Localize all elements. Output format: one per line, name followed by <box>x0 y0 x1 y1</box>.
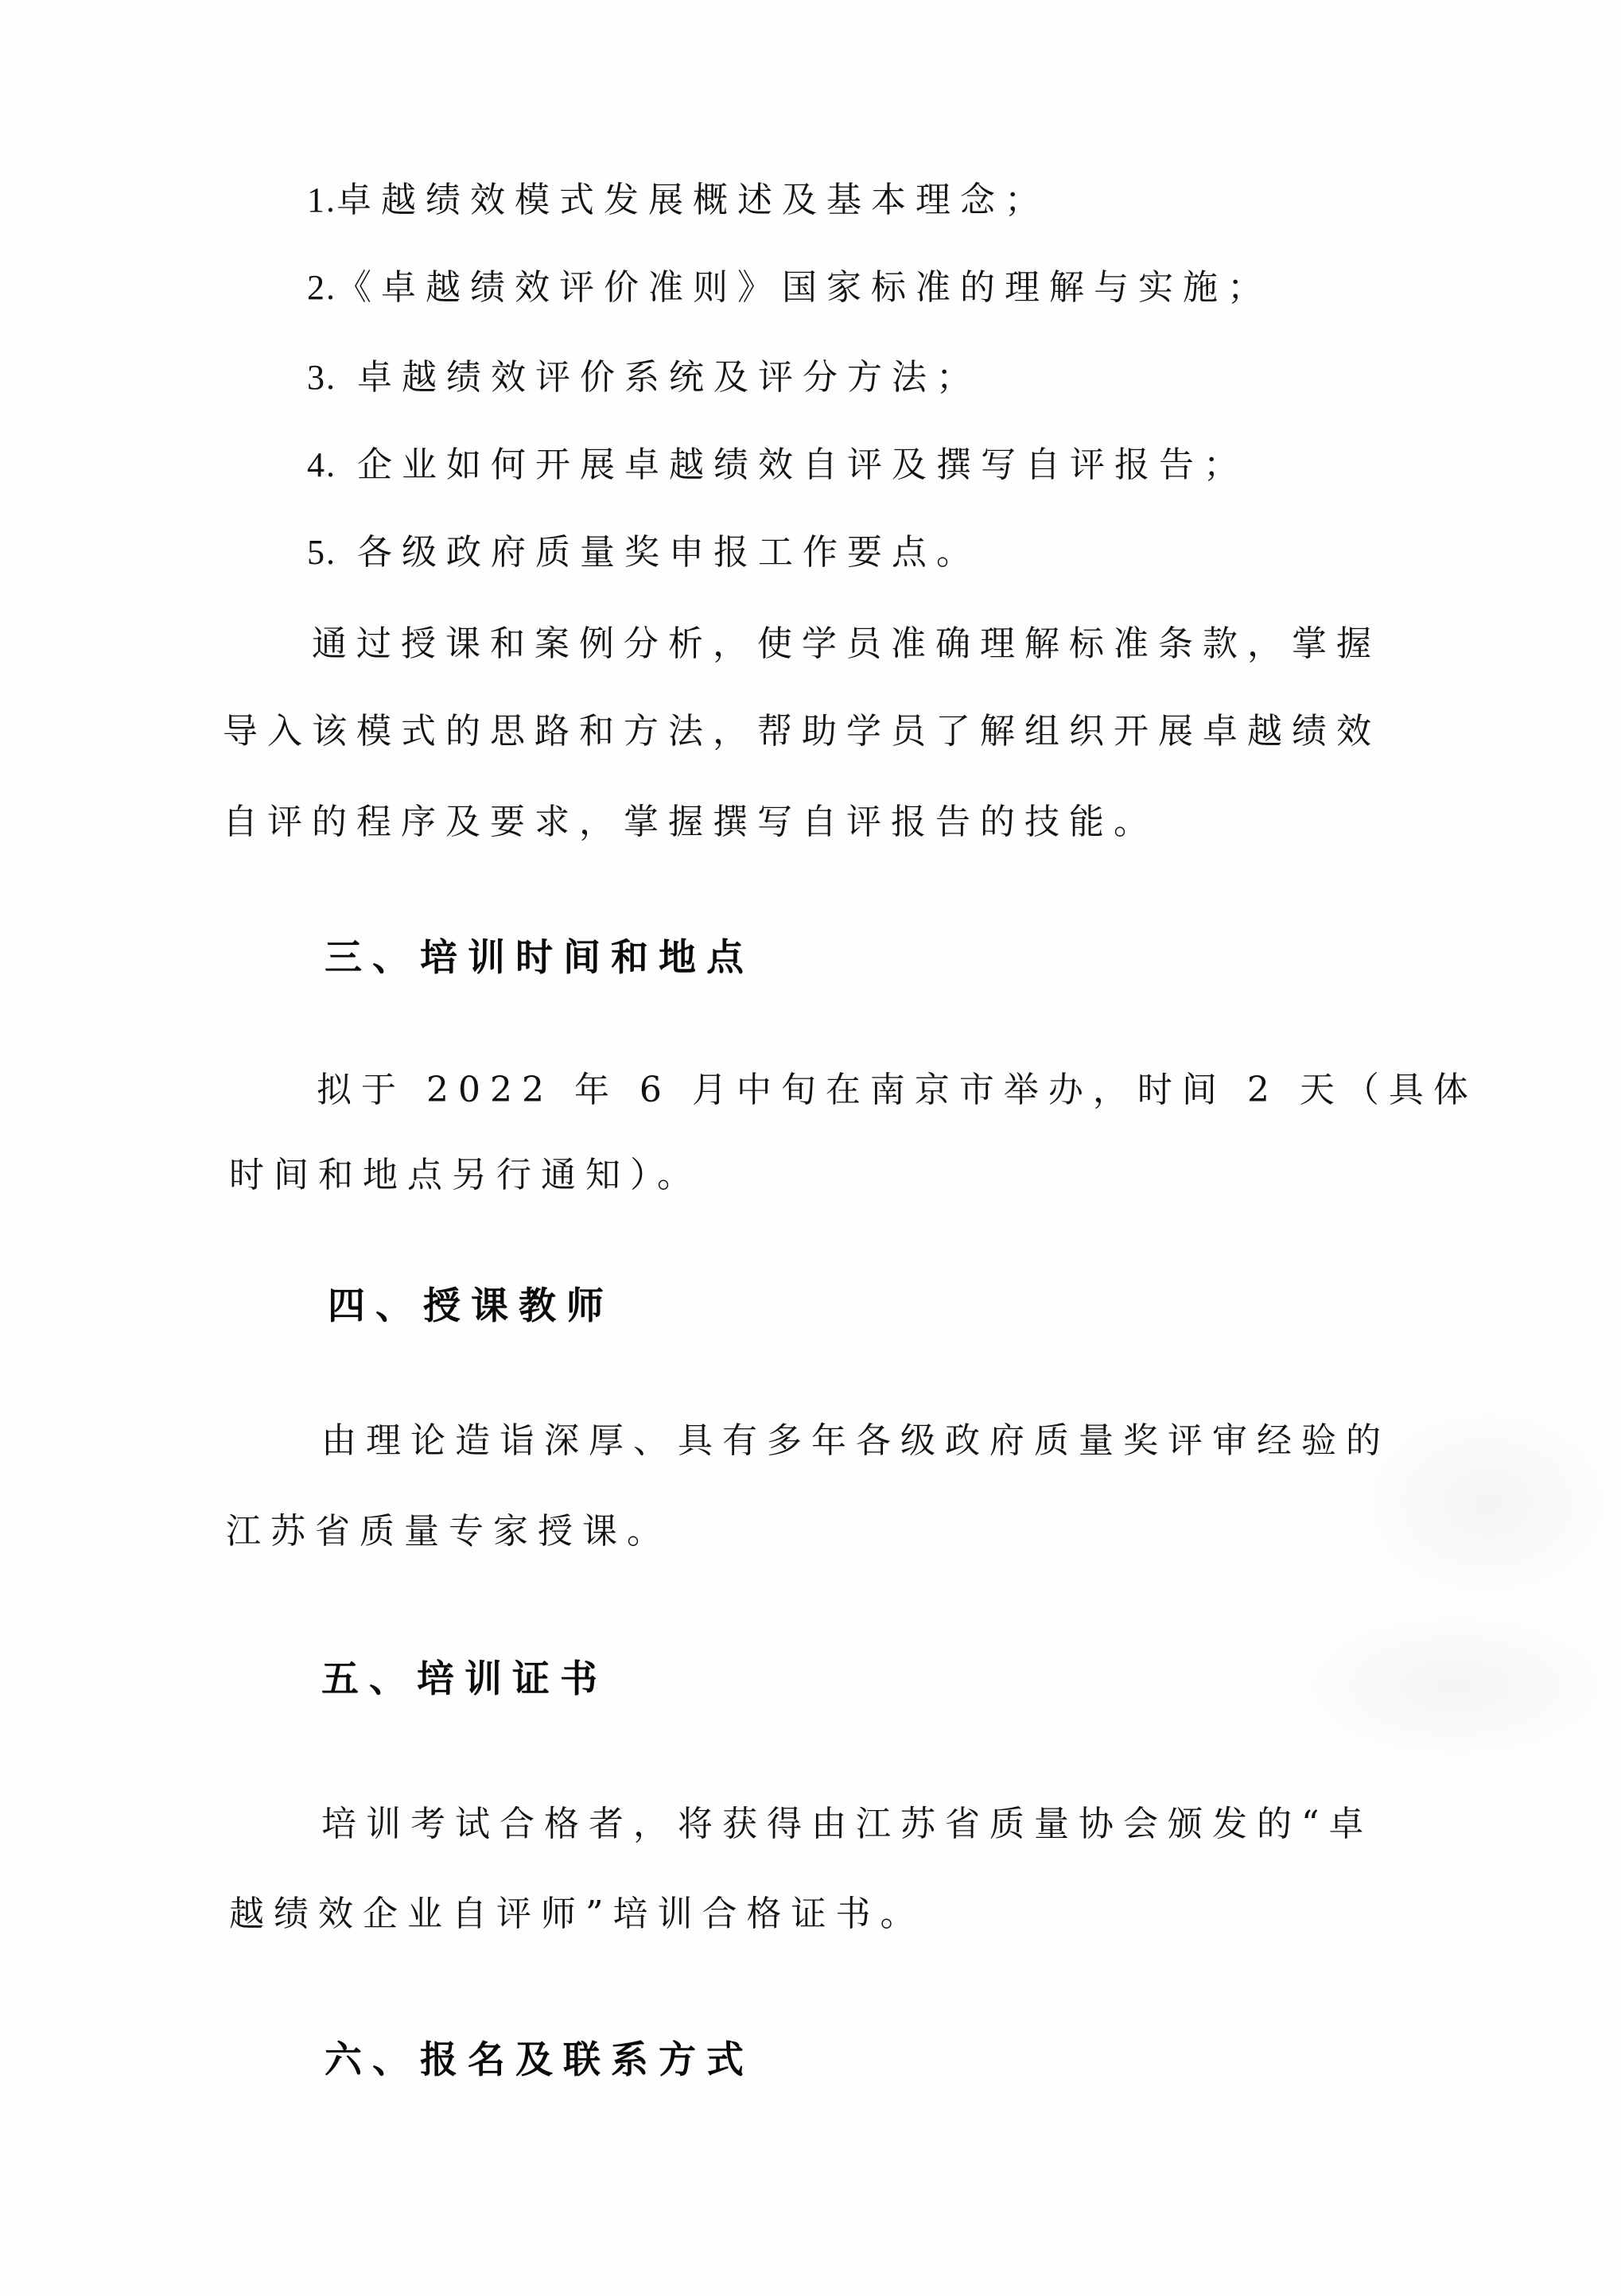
topic-item-1: 1.卓越绩效模式发展概述及基本理念； <box>307 178 1049 223</box>
topic-item-3: 3. 卓越绩效评价系统及评分方法； <box>307 355 981 400</box>
topic-number: 5. <box>307 533 336 572</box>
paragraph-line: 由理论造诣深厚、具有多年各级政府质量奖评审经验的 <box>321 1419 1390 1463</box>
paragraph-line: 时间和地点另行通知）。 <box>229 1153 702 1198</box>
topic-number: 2. <box>307 268 336 307</box>
topic-text: 企业如何开展卓越绩效自评及撰写自评报告； <box>357 445 1248 485</box>
topic-number: 3. <box>307 358 336 397</box>
topic-item-5: 5. 各级政府质量奖申报工作要点。 <box>307 530 981 575</box>
section-heading: 三、培训时间和地点 <box>325 934 754 982</box>
paragraph-line: 拟于 2022 年 6 月中旬在南京市举办，时间 2 天（具体 <box>317 1068 1478 1113</box>
section-heading: 四、授课教师 <box>328 1283 614 1331</box>
section-heading: 五、培训证书 <box>321 1656 608 1704</box>
topic-number: 1. <box>307 181 336 219</box>
paragraph-line: 江苏省质量专家授课。 <box>226 1509 671 1554</box>
topic-number: 4. <box>307 445 336 484</box>
document-page: 1.卓越绩效模式发展概述及基本理念； 2.《卓越绩效评价准则》国家标准的理解与实… <box>0 0 1621 2296</box>
paragraph-line: 自评的程序及要求，掌握撰写自评报告的技能。 <box>223 800 1158 845</box>
paragraph-line: 越绩效企业自评师”培训合格证书。 <box>229 1892 925 1937</box>
topic-text: 卓越绩效评价系统及评分方法； <box>357 357 981 398</box>
topic-text: 各级政府质量奖申报工作要点。 <box>357 532 981 573</box>
scan-smudge <box>1352 1400 1621 1606</box>
paragraph-line: 培训考试合格者，将获得由江苏省质量协会颁发的“卓 <box>321 1802 1374 1847</box>
topic-item-4: 4. 企业如何开展卓越绩效自评及撰写自评报告； <box>307 443 1248 488</box>
scan-smudge <box>1289 1606 1621 1766</box>
section-heading: 六、报名及联系方式 <box>325 2037 754 2084</box>
paragraph-line: 导入该模式的思路和方法，帮助学员了解组织开展卓越绩效 <box>223 709 1381 754</box>
topic-text: 《卓越绩效评价准则》国家标准的理解与实施； <box>336 267 1272 308</box>
topic-item-2: 2.《卓越绩效评价准则》国家标准的理解与实施； <box>307 266 1272 310</box>
topic-text: 卓越绩效模式发展概述及基本理念； <box>336 180 1049 220</box>
paragraph-line: 通过授课和案例分析，使学员准确理解标准条款，掌握 <box>312 622 1381 666</box>
